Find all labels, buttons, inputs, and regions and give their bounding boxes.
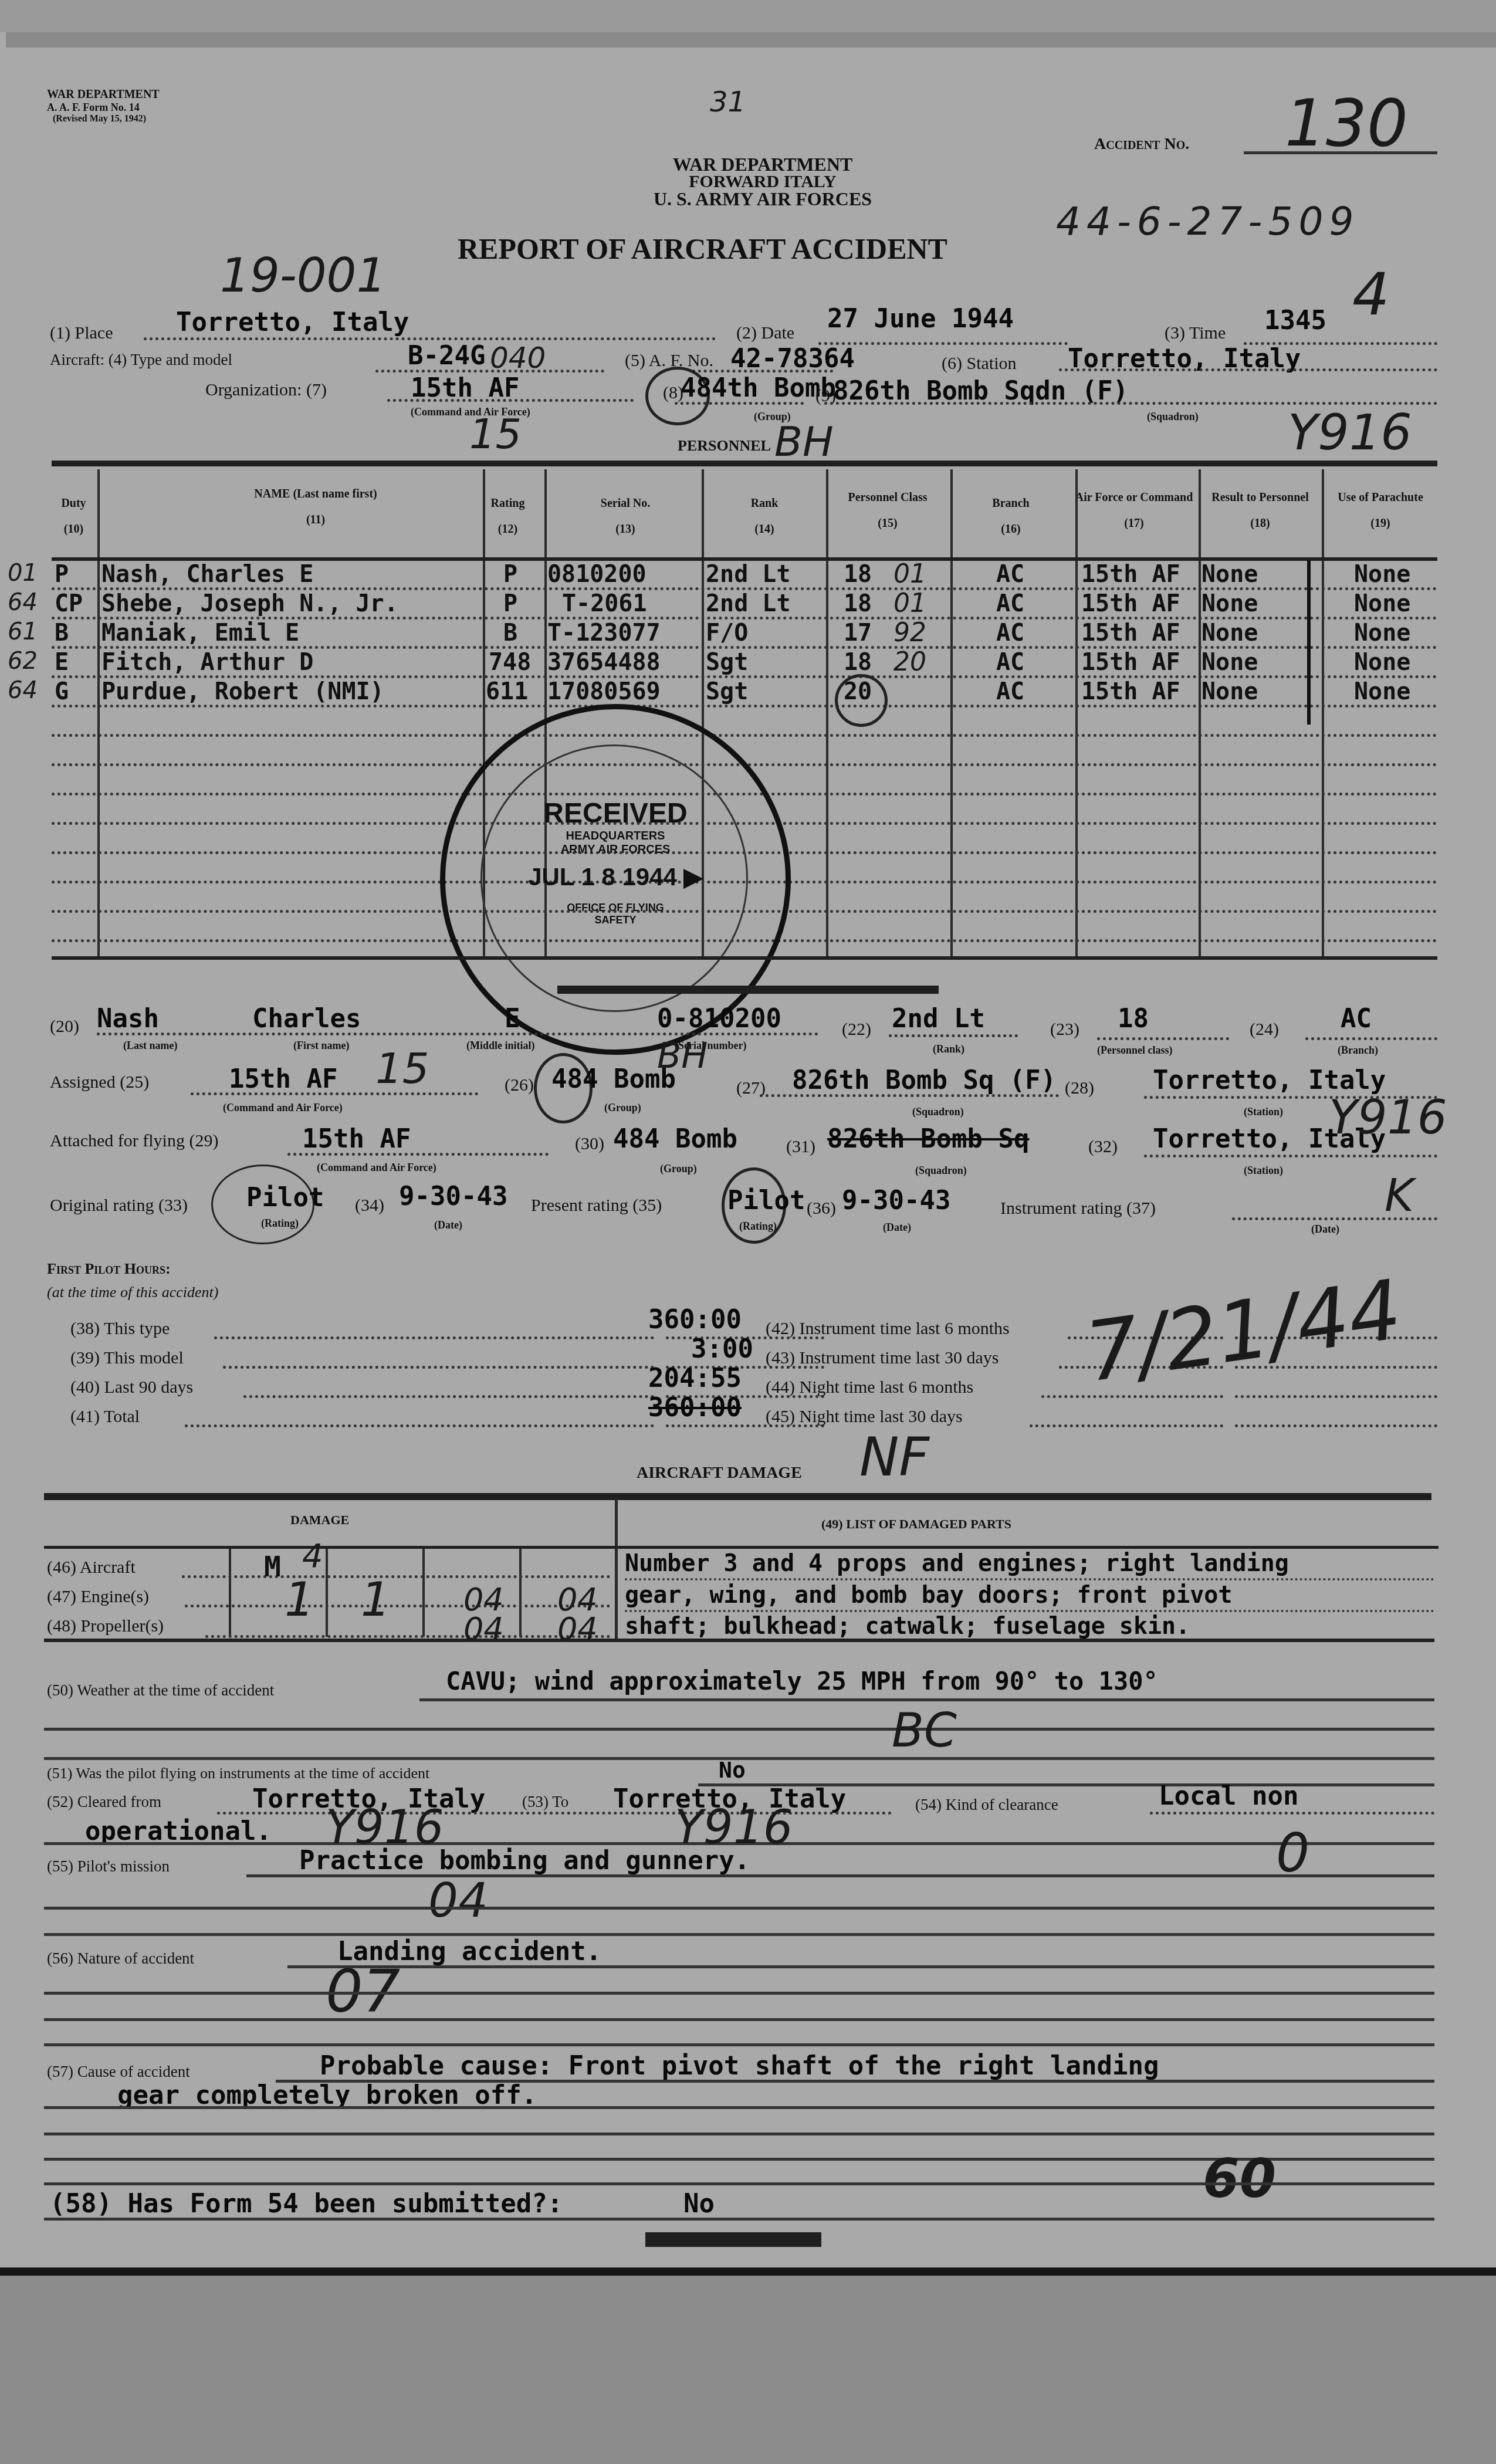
redacted-bar (645, 2232, 821, 2247)
col-air-force: Air Force or Command(17) (1072, 491, 1196, 530)
assigned-squadron: 826th Bomb Sq (F) (792, 1068, 1056, 1094)
damaged-parts-line: gear, wing, and bomb bay doors; front pi… (625, 1580, 1434, 1612)
stamp-line3: ARMY AIR FORCES (445, 843, 786, 857)
table-row: 64 CP Shebe, Joseph N., Jr. P T-2061 2nd… (52, 591, 1437, 619)
table-row: 01 P Nash, Charles E P 0810200 2nd Lt 18… (52, 561, 1437, 590)
table-row: 61 B Maniak, Emil E B T-123077 F/O 17 92… (52, 620, 1437, 648)
received-stamp: RECEIVED HEADQUARTERS ARMY AIR FORCES JU… (440, 704, 791, 1055)
damage-row-aircraft: (46) Aircraft M 4 (47, 1558, 616, 1584)
pilot-rank: 2nd Lt (892, 1006, 985, 1032)
instrument-rating-label: Instrument rating (37) (1000, 1200, 1156, 1217)
pilot-last-name: Nash (97, 1006, 159, 1032)
organization-label: Organization: (7) (205, 381, 327, 399)
hours-row: (41) Total 360:00 (70, 1408, 833, 1437)
col-result: Result to Personnel(18) (1199, 491, 1322, 530)
aircraft-handwritten: 040 (490, 343, 546, 373)
attached-squadron: 826th Bomb Sq (827, 1126, 1029, 1152)
stamp-line5: SAFETY (445, 914, 786, 926)
stamp-line4: OFFICE OF FLYING (445, 902, 786, 914)
af-no-label: (5) A. F. No. (625, 352, 713, 370)
damage-row-engines: (47) Engine(s) 1 1 04 04 (47, 1587, 616, 1613)
table-top-rule (52, 461, 1437, 466)
present-rating-date: 9-30-43 (842, 1188, 950, 1214)
pilot-middle-initial: E (505, 1006, 520, 1032)
cause-handwritten: 60 (1203, 2153, 1276, 2206)
corner-scribble: 31 (710, 88, 746, 116)
form-id-line3: (Revised May 15, 1942) (53, 114, 160, 124)
time-label: (3) Time (1165, 324, 1226, 342)
place-value: Torretto, Italy (176, 310, 409, 336)
clearance-kind-label: (54) Kind of clearance (915, 1797, 1058, 1813)
cause-line-1: Probable cause: Front pivot shaft of the… (320, 2053, 1159, 2079)
squadron-sub: (Squadron) (1147, 411, 1199, 423)
personnel-heading: PERSONNEL (678, 437, 771, 455)
damage-row-propellers: (48) Propeller(s) 04 04 (47, 1616, 616, 1643)
weather-value: CAVU; wind approximately 25 MPH from 90°… (446, 1669, 1158, 1694)
attached-label: Attached for flying (29) (50, 1132, 218, 1150)
redacted-bar (557, 986, 939, 994)
mission-value: Practice bombing and gunnery. (299, 1848, 750, 1874)
table-row: 64 G Purdue, Robert (NMI) 611 17080569 S… (52, 679, 1437, 707)
form-id: WAR DEPARTMENT A. A. F. Form No. 14 (Rev… (47, 88, 160, 124)
title-block: WAR DEPARTMENT FORWARD ITALY U. S. ARMY … (587, 154, 939, 210)
form54-value: No (683, 2191, 715, 2217)
aircraft-label: Aircraft: (4) Type and model (50, 352, 232, 368)
af-no-value: 42-78364 (730, 346, 855, 372)
damaged-parts-heading: (49) LIST OF DAMAGED PARTS (821, 1517, 1011, 1532)
cleared-to-label: (53) To (522, 1794, 568, 1810)
col-parachute: Use of Parachute(19) (1322, 491, 1439, 530)
present-rating: Pilot (727, 1188, 805, 1214)
stamp-received: RECEIVED (445, 797, 786, 830)
present-rating-label: Present rating (35) (531, 1197, 662, 1214)
damaged-parts-list: Number 3 and 4 props and engines; right … (625, 1549, 1434, 1640)
stamp-date: JUL 1 8 1944 ▶ (445, 862, 786, 891)
form-id-line1: WAR DEPARTMENT (47, 88, 160, 101)
assigned-label: Assigned (25) (50, 1074, 149, 1091)
organization-value: 15th AF (411, 375, 519, 401)
original-rating-label: Original rating (33) (50, 1197, 188, 1214)
squadron-handwritten: Y916 (1288, 408, 1412, 457)
cause-line-2: gear completely broken off. (117, 2083, 537, 2108)
assigned-af: 15th AF (229, 1067, 337, 1092)
damaged-parts-line: Number 3 and 4 props and engines; right … (625, 1549, 1434, 1580)
assigned-handwritten: 15 (375, 1047, 429, 1089)
accident-no-value: 130 (1285, 91, 1408, 155)
first-pilot-hours-subheading: (at the time of this accident) (47, 1285, 218, 1300)
date-label: (2) Date (736, 324, 794, 342)
col-name: NAME (Last name first)(11) (99, 488, 533, 526)
scan-shadow-band (6, 32, 1496, 48)
group-value: 484th Bomb (681, 375, 836, 401)
form-id-line2: A. A. F. Form No. 14 (47, 101, 160, 114)
attached-group: 484 Bomb (613, 1126, 737, 1152)
pilot-personnel-class: 18 (1118, 1006, 1149, 1032)
clearance-kind-value: Local non (1159, 1783, 1298, 1809)
cause-label: (57) Cause of accident (47, 2064, 190, 2080)
first-pilot-hours-heading: First Pilot Hours: (47, 1261, 171, 1277)
instruments-label: (51) Was the pilot flying on instruments… (47, 1766, 429, 1781)
original-rating: Pilot (246, 1185, 324, 1211)
time-handwritten: 4 (1352, 265, 1390, 324)
place-label: (1) Place (50, 324, 113, 342)
group-handwritten: BH (774, 421, 834, 462)
pilot-first-name: Charles (252, 1006, 361, 1032)
pilot-serial: 0-810200 (657, 1006, 781, 1032)
col-rating: Rating(12) (480, 497, 536, 536)
cleared-from-label: (52) Cleared from (47, 1794, 161, 1810)
original-rating-date: 9-30-43 (399, 1184, 507, 1210)
form54-label: (58) Has Form 54 been submitted?: (50, 2191, 563, 2217)
col-personnel-class: Personnel Class(15) (826, 491, 949, 530)
time-value: 1345 (1264, 308, 1326, 334)
mission-handwritten: 04 (428, 1877, 488, 1924)
mission-label: (55) Pilot's mission (47, 1859, 170, 1874)
attached-af: 15th AF (302, 1126, 411, 1152)
cleared-handwritten-2: Y916 (675, 1804, 793, 1851)
class-circle-mark (835, 674, 888, 727)
aircraft-value: B-24G (408, 343, 485, 369)
squadron-value: 826th Bomb Sqdn (F) (833, 378, 1128, 404)
col-branch: Branch(16) (949, 497, 1072, 536)
damage-column-heading: DAMAGE (290, 1512, 349, 1528)
instruments-value: No (719, 1759, 746, 1781)
organization-handwritten: 15 (469, 414, 522, 455)
clearance-handwritten: 0 (1276, 1827, 1309, 1880)
aircraft-damage-handwritten: NF (859, 1431, 929, 1484)
title-line3: U. S. ARMY AIR FORCES (587, 188, 939, 210)
col-serial: Serial No.(13) (549, 497, 702, 536)
station-label: (6) Station (942, 355, 1017, 373)
cleared-handwritten-1: Y916 (326, 1804, 444, 1851)
handwritten-code: 19-001 (220, 252, 386, 299)
col-duty: Duty(10) (52, 497, 96, 536)
field-20-label: (20) (50, 1018, 79, 1035)
nature-label: (56) Nature of accident (47, 1951, 194, 1967)
stamp-line2: HEADQUARTERS (445, 830, 786, 843)
clearance-kind-continued: operational. (85, 1819, 272, 1844)
pilot-branch: AC (1341, 1006, 1372, 1032)
date-value: 27 June 1944 (827, 306, 1014, 332)
weather-handwritten: BC (892, 1707, 957, 1754)
report-title: REPORT OF AIRCRAFT ACCIDENT (458, 232, 947, 266)
scan-top-margin (0, 0, 1496, 32)
handwritten-ref-number: 44-6-27-509 (1056, 202, 1359, 241)
table-row: 62 E Fitch, Arthur D 748 37654488 Sgt 18… (52, 649, 1437, 678)
accident-no-label: Accident No. (1094, 136, 1189, 153)
aircraft-damage-heading: AIRCRAFT DAMAGE (637, 1464, 802, 1483)
col-rank: Rank(14) (703, 497, 826, 536)
weather-label: (50) Weather at the time of accident (47, 1683, 274, 1698)
damaged-parts-line: shaft; bulkhead; catwalk; fuselage skin. (625, 1612, 1434, 1640)
